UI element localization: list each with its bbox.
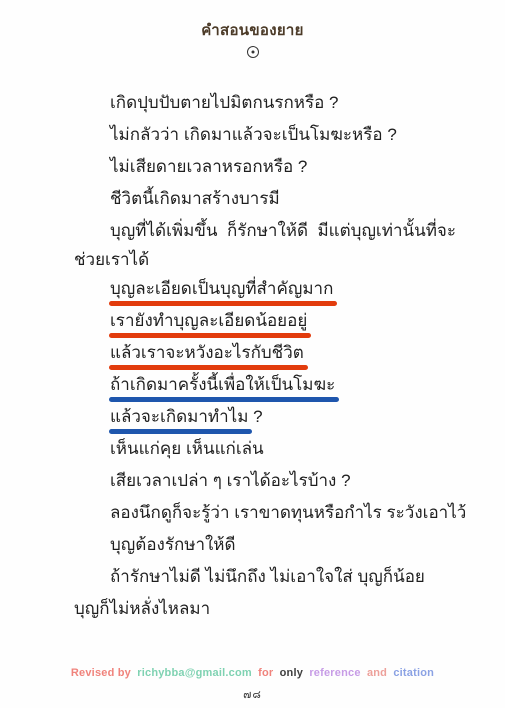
text-line: ไม่กลัวว่า เกิดมาแล้วจะเป็นโมฆะหรือ ? bbox=[74, 119, 471, 151]
text-line: บุญก็ไม่หลั่งไหลมา bbox=[74, 593, 471, 625]
text-line: ช่วยเราได้ bbox=[74, 247, 471, 273]
text-line-main: บุญก็ไม่หลั่งไหลมา bbox=[74, 599, 210, 618]
text-line-main: เสียเวลาเปล่า ๆ เราได้อะไรบ้าง ? bbox=[110, 471, 351, 490]
text-line-main: ชีวิตนี้เกิดมาสร้างบารมี bbox=[110, 189, 280, 208]
page-number: ๗๘ bbox=[0, 685, 505, 703]
text-line: ลองนึกดูก็จะรู้ว่า เราขาดทุนหรือกำไร ระว… bbox=[74, 497, 471, 529]
text-line: บุญที่ได้เพิ่มขึ้น ก็รักษาให้ดี มีแต่บุญ… bbox=[74, 215, 471, 247]
text-line: บุญละเอียดเป็นบุญที่สำคัญมาก bbox=[74, 273, 471, 305]
text-line: แล้วเราจะหวังอะไรกับชีวิต bbox=[74, 337, 471, 369]
text-line: ถ้าเกิดมาครั้งนี้เพื่อให้เป็นโมฆะ bbox=[74, 369, 471, 401]
text-line-main: แล้วเราจะหวังอะไรกับชีวิต bbox=[110, 342, 304, 364]
footer-credit: Revised by richybba@gmail.com for only r… bbox=[0, 667, 505, 679]
text-line-main: บุญละเอียดเป็นบุญที่สำคัญมาก bbox=[110, 278, 333, 300]
footer-credit-segment: only bbox=[280, 667, 303, 679]
text-line-main: เห็นแก่คุย เห็นแก่เล่น bbox=[110, 439, 264, 458]
text-line: ชีวิตนี้เกิดมาสร้างบารมี bbox=[74, 183, 471, 215]
document-page: คำสอนของยาย เกิดปุบปับตายไปมิตกนรกหรือ ?… bbox=[0, 0, 505, 708]
text-line: เกิดปุบปับตายไปมิตกนรกหรือ ? bbox=[74, 87, 471, 119]
text-line: ไม่เสียดายเวลาหรอกหรือ ? bbox=[74, 151, 471, 183]
text-line-suffix: ? bbox=[248, 407, 262, 426]
text-line-main: เรายังทำบุญละเอียดน้อยอยู่ bbox=[110, 310, 307, 332]
text-line-main: แล้วจะเกิดมาทำไม bbox=[110, 406, 248, 428]
text-line: บุญต้องรักษาให้ดี bbox=[74, 529, 471, 561]
text-line-main: บุญต้องรักษาให้ดี bbox=[110, 535, 236, 554]
page-title: คำสอนของยาย bbox=[0, 22, 505, 40]
body-text: เกิดปุบปับตายไปมิตกนรกหรือ ? ไม่กลัวว่า … bbox=[74, 87, 471, 625]
footer-credit-segment: Revised by bbox=[71, 667, 131, 679]
footer-credit-segment: for bbox=[258, 667, 273, 679]
text-line: เสียเวลาเปล่า ๆ เราได้อะไรบ้าง ? bbox=[74, 465, 471, 497]
text-line-main: เกิดปุบปับตายไปมิตกนรกหรือ ? bbox=[110, 93, 339, 112]
footer-credit-segment: reference bbox=[309, 667, 360, 679]
text-line-main: ถ้าเกิดมาครั้งนี้เพื่อให้เป็นโมฆะ bbox=[110, 374, 335, 396]
circle-dot-inner bbox=[251, 51, 254, 54]
text-line-main: ช่วยเราได้ bbox=[74, 250, 149, 269]
circle-dot-icon bbox=[247, 46, 259, 58]
text-line: แล้วจะเกิดมาทำไม ? bbox=[74, 401, 471, 433]
text-line-main: ไม่กลัวว่า เกิดมาแล้วจะเป็นโมฆะหรือ ? bbox=[110, 125, 397, 144]
text-line-main: ถ้ารักษาไม่ดี ไม่นึกถึง ไม่เอาใจใส่ บุญก… bbox=[110, 567, 425, 586]
text-line-main: ไม่เสียดายเวลาหรอกหรือ ? bbox=[110, 157, 307, 176]
text-line: เห็นแก่คุย เห็นแก่เล่น bbox=[74, 433, 471, 465]
footer-credit-segment: citation bbox=[393, 667, 434, 679]
text-line: ถ้ารักษาไม่ดี ไม่นึกถึง ไม่เอาใจใส่ บุญก… bbox=[74, 561, 471, 593]
text-line: เรายังทำบุญละเอียดน้อยอยู่ bbox=[74, 305, 471, 337]
footer-credit-segment: richybba@gmail.com bbox=[137, 667, 252, 679]
text-line-main: ลองนึกดูก็จะรู้ว่า เราขาดทุนหรือกำไร ระว… bbox=[110, 503, 466, 522]
footer-credit-segment: and bbox=[367, 667, 387, 679]
section-divider bbox=[0, 46, 505, 60]
text-line-main: บุญที่ได้เพิ่มขึ้น ก็รักษาให้ดี มีแต่บุญ… bbox=[110, 221, 456, 240]
